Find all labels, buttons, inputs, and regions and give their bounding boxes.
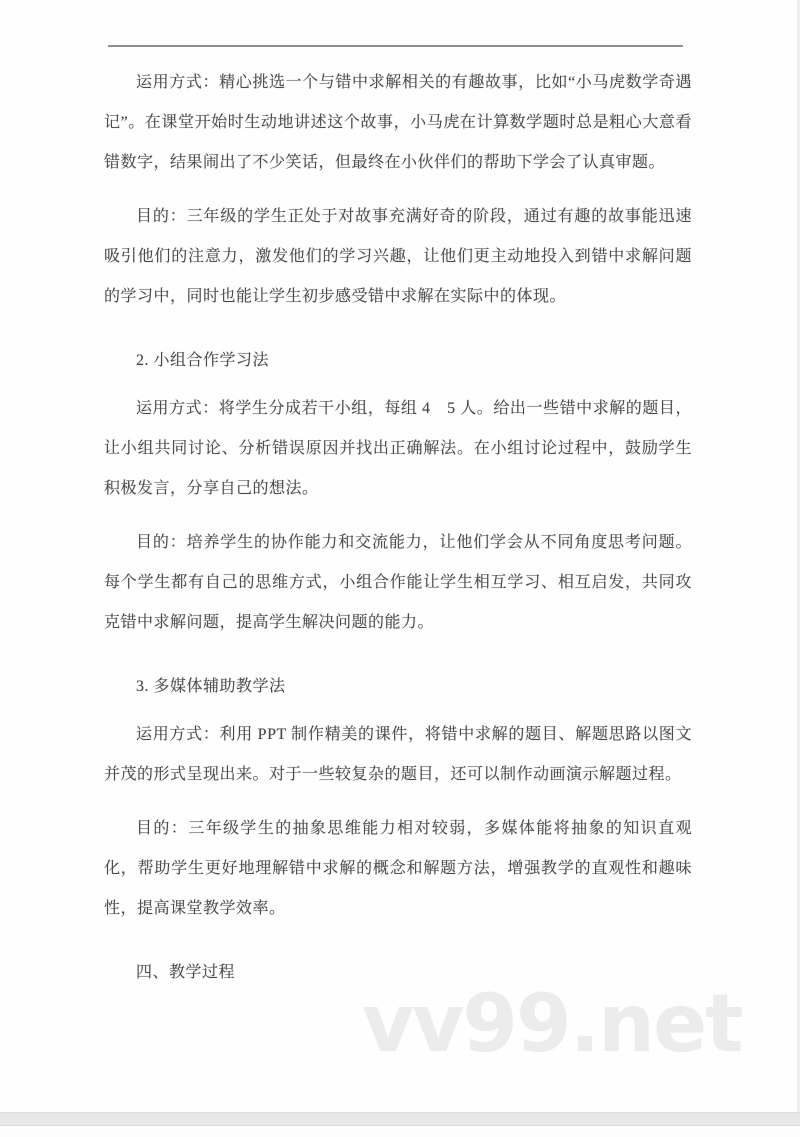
paragraph-group-method-purpose: 目的：培养学生的协作能力和交流能力，让他们学会从不同角度思考问题。每个学生都有自… [104,523,692,643]
paragraph-multimedia-usage: 运用方式：利用 PPT 制作精美的课件，将错中求解的题目、解题思路以图文并茂的形… [104,715,692,795]
page-break-separator [0,1112,800,1126]
watermark: vv99.net [362,984,741,1064]
document-body: 运用方式：精心挑选一个与错中求解相关的有趣故事，比如“小马虎数学奇遇记”。在课堂… [104,63,692,1001]
next-page-top-edge [0,1126,800,1137]
paragraph-story-method-usage: 运用方式：精心挑选一个与错中求解相关的有趣故事，比如“小马虎数学奇遇记”。在课堂… [104,63,692,183]
paragraph-group-method-usage: 运用方式：将学生分成若干小组，每组 4 5 人。给出一些错中求解的题目，让小组共… [104,389,692,509]
paragraph-story-method-purpose: 目的：三年级的学生正处于对故事充满好奇的阶段，通过有趣的故事能迅速吸引他们的注意… [104,197,692,317]
header-rule-line [108,45,683,47]
document-page: 运用方式：精心挑选一个与错中求解相关的有趣故事，比如“小马虎数学奇遇记”。在课堂… [0,0,800,1112]
paragraph-multimedia-purpose: 目的：三年级学生的抽象思维能力相对较弱，多媒体能将抽象的知识直观化，帮助学生更好… [104,809,692,929]
section-heading-group-learning: 2. 小组合作学习法 [104,341,692,381]
section-heading-multimedia: 3. 多媒体辅助教学法 [104,667,692,707]
